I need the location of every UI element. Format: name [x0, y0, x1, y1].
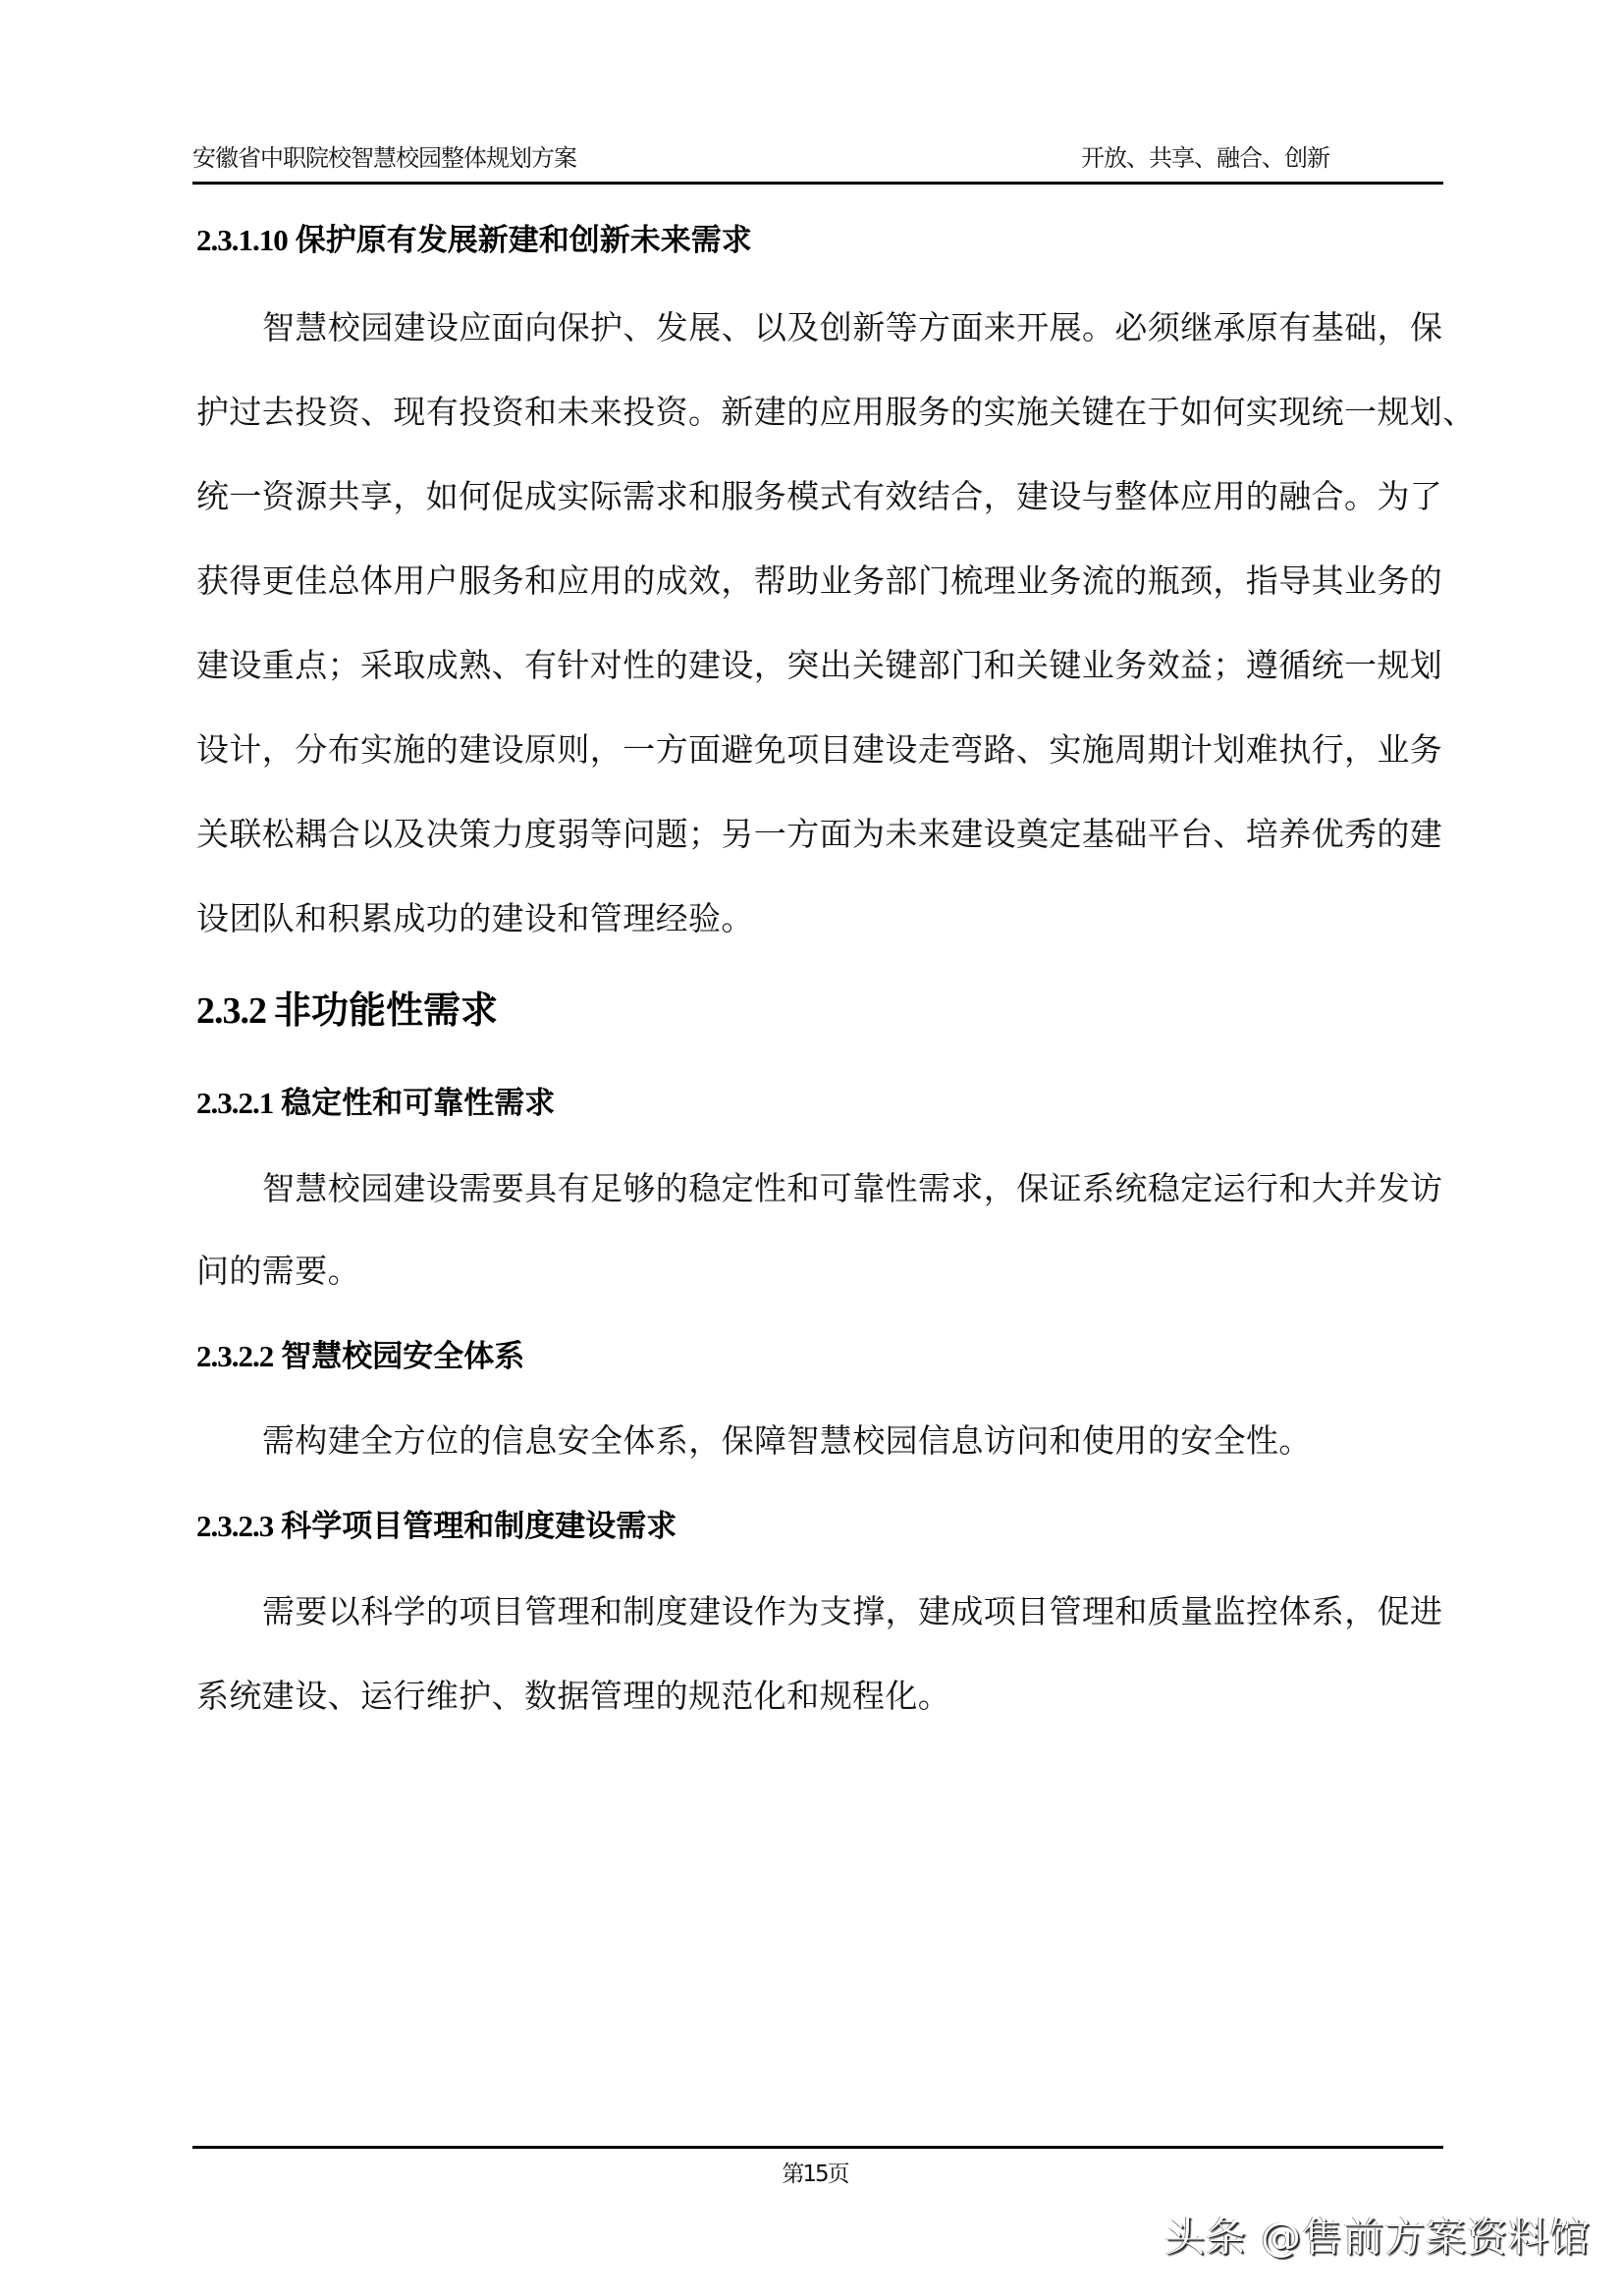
section-number: 2.3.2.2: [196, 1339, 273, 1373]
paragraph-line: 获得更佳总体用户服务和应用的成效，帮助业务部门梳理业务流的瓶颈，指导其业务的: [196, 560, 1442, 603]
page-number: 第15页: [766, 2160, 864, 2189]
section-heading-2-3-2-1: 2.3.2.1稳定性和可靠性需求: [196, 1084, 555, 1123]
paragraph-line: 设团队和积累成功的建设和管理经验。: [196, 897, 754, 940]
paragraph-line: 智慧校园建设需要具有足够的稳定性和可靠性需求，保证系统稳定运行和大并发访: [262, 1167, 1442, 1210]
paragraph-line: 需要以科学的项目管理和制度建设作为支撑，建成项目管理和质量监控体系，促进: [262, 1590, 1442, 1633]
page-header: 安徽省中职院校智慧校园整体规划方案 开放、共享、融合、创新: [192, 143, 1443, 173]
paragraph-line: 问的需要。: [196, 1250, 360, 1293]
section-title: 非功能性需求: [274, 988, 498, 1032]
section-heading-2-3-2-3: 2.3.2.3科学项目管理和制度建设需求: [196, 1507, 676, 1546]
paragraph-line: 智慧校园建设应面向保护、发展、以及创新等方面来开展。必须继承原有基础，保: [262, 306, 1442, 349]
section-heading-2-3-2: 2.3.2非功能性需求: [196, 987, 498, 1035]
paragraph-line: 建设重点；采取成熟、有针对性的建设，突出关键部门和关键业务效益；遵循统一规划: [196, 644, 1442, 687]
section-title: 稳定性和可靠性需求: [281, 1086, 555, 1121]
section-number: 2.3.2.1: [196, 1086, 273, 1120]
section-title: 智慧校园安全体系: [281, 1339, 524, 1374]
section-number: 2.3.2: [196, 990, 266, 1032]
header-divider: [192, 182, 1443, 185]
paragraph-line: 统一资源共享，如何促成实际需求和服务模式有效结合，建设与整体应用的融合。为了: [196, 475, 1442, 518]
paragraph-line: 设计，分布实施的建设原则，一方面避免项目建设走弯路、实施周期计划难执行，业务: [196, 728, 1442, 772]
section-heading-2-3-2-2: 2.3.2.2智慧校园安全体系: [196, 1337, 524, 1376]
paragraph-line: 关联松耦合以及决策力度弱等问题；另一方面为未来建设奠定基础平台、培养优秀的建: [196, 813, 1442, 856]
document-title: 安徽省中职院校智慧校园整体规划方案: [192, 143, 576, 173]
section-title: 保护原有发展新建和创新未来需求: [296, 223, 752, 258]
paragraph-line: 需构建全方位的信息安全体系，保障智慧校园信息访问和使用的安全性。: [262, 1419, 1312, 1463]
watermark: 头条 @售前方案资料馆: [1164, 2213, 1591, 2262]
footer-divider: [192, 2146, 1443, 2149]
section-number: 2.3.2.3: [196, 1509, 273, 1543]
section-heading-2-3-1-10: 2.3.1.10保护原有发展新建和创新未来需求: [196, 221, 752, 260]
section-number: 2.3.1.10: [196, 223, 288, 257]
paragraph-line: 系统建设、运行维护、数据管理的规范化和规程化。: [196, 1675, 950, 1718]
section-title: 科学项目管理和制度建设需求: [281, 1509, 676, 1544]
paragraph-line: 护过去投资、现有投资和未来投资。新建的应用服务的实施关键在于如何实现统一规划、: [196, 391, 1476, 434]
header-slogan: 开放、共享、融合、创新: [1081, 143, 1329, 173]
